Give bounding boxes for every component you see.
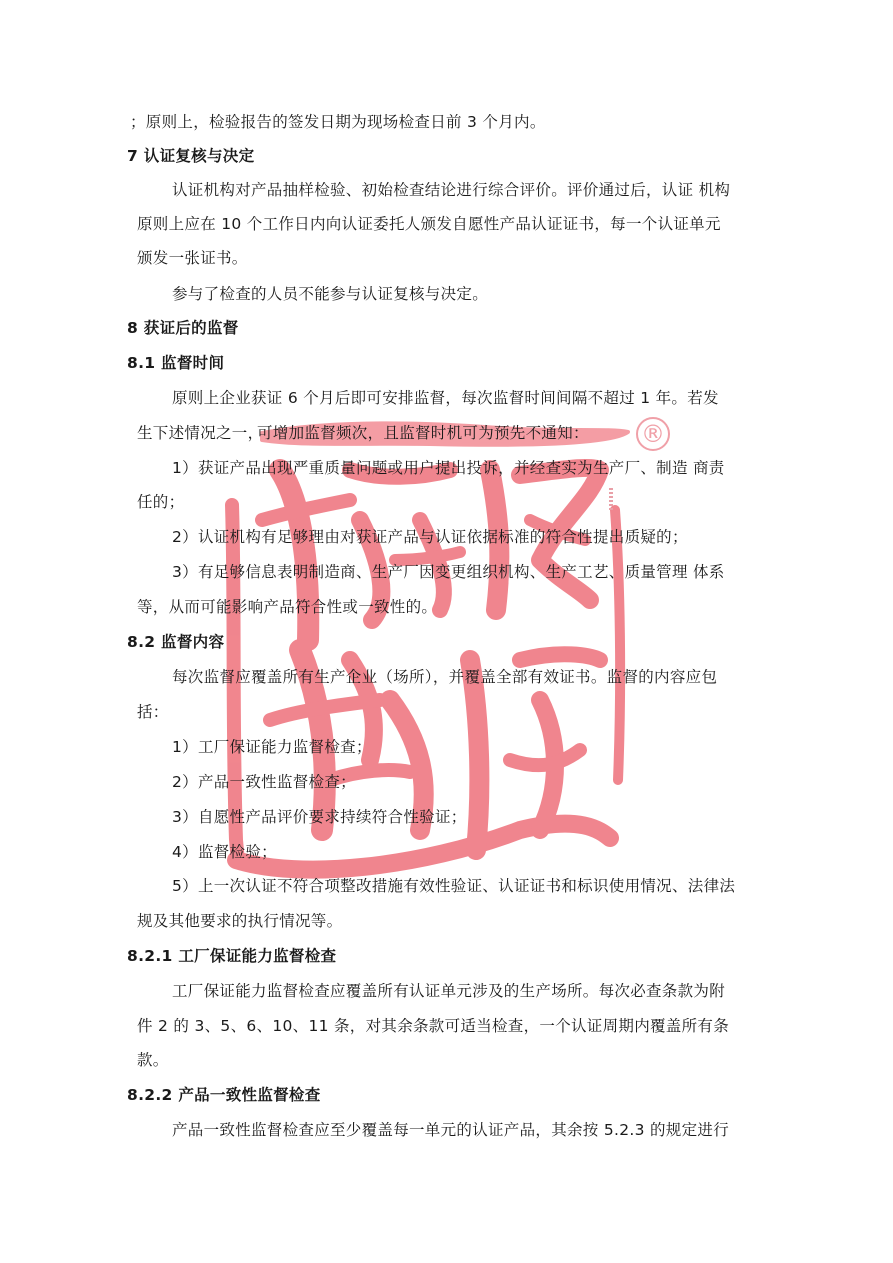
list-item: 2）认证机构有足够理由对获证产品与认证依据标准的符合性提出质疑的； [172, 527, 688, 547]
list-item: 3）自愿性产品评价要求持续符合性验证； [172, 807, 467, 827]
section-heading-8-2-1: 8.2.1 工厂保证能力监督检查 [127, 946, 336, 966]
section-heading-7: 7 认证复核与决定 [127, 146, 254, 166]
body-line: 原则上企业获证 6 个月后即可安排监督，每次监督时间间隔不超过 1 年。若发 [172, 388, 719, 408]
section-heading-8-1: 8.1 监督时间 [127, 353, 224, 373]
list-item: 1）获证产品出现严重质量问题或用户提出投诉，并经查实为生产厂、制造 商责 [172, 458, 725, 478]
section-heading-8: 8 获证后的监督 [127, 318, 239, 338]
body-line: 认证机构对产品抽样检验、初始检查结论进行综合评价。评价通过后，认证 机构 [172, 180, 730, 200]
section-heading-8-2-2: 8.2.2 产品一致性监督检查 [127, 1085, 321, 1105]
section-heading-8-2: 8.2 监督内容 [127, 632, 224, 652]
registered-trademark-icon: ® [636, 417, 670, 451]
body-line: 工厂保证能力监督检查应覆盖所有认证单元涉及的生产场所。每次必查条款为附 [172, 981, 725, 1001]
list-item: 5）上一次认证不符合项整改措施有效性验证、认证证书和标识使用情况、法律法 [172, 876, 735, 896]
body-line: 参与了检查的人员不能参与认证复核与决定。 [172, 284, 488, 304]
body-line: 每次监督应覆盖所有生产企业（场所），并覆盖全部有效证书。监督的内容应包 [172, 667, 717, 687]
body-line: 原则上应在 10 个工作日内向认证委托人颁发自愿性产品认证证书，每一个认证单元 [137, 214, 721, 234]
list-item: 2）产品一致性监督检查； [172, 772, 356, 792]
list-item: 3）有足够信息表明制造商、生产厂因变更组织机构、生产工艺、质量管理 体系 [172, 562, 725, 582]
body-line: 生下述情况之一， [137, 423, 263, 443]
highlighted-text: 可增加监督频次，且监督时机可为预先不通知： [257, 423, 589, 443]
body-line: 件 2 的 3、5、6、10、11 条，对其余条款可适当检查，一个认证周期内覆盖… [137, 1016, 729, 1036]
body-line: 任的； [137, 492, 184, 512]
list-item: 1）工厂保证能力监督检查； [172, 737, 372, 757]
document-page: ® ；原则上，检验报告的签发日期为现场检查日前 3 个月内。 7 认证复核与决定… [0, 0, 893, 1263]
body-line: ；原则上，检验报告的签发日期为现场检查日前 3 个月内。 [130, 112, 546, 132]
small-seal-icon [609, 488, 613, 510]
body-line: 产品一致性监督检查应至少覆盖每一单元的认证产品，其余按 5.2.3 的规定进行 [172, 1120, 729, 1140]
body-line: 括： [137, 702, 169, 722]
body-line: 颁发一张证书。 [137, 248, 248, 268]
body-line: 等，从而可能影响产品符合性或一致性的。 [137, 597, 437, 617]
list-item: 4）监督检验； [172, 842, 277, 862]
body-line: 款。 [137, 1050, 169, 1070]
body-line: 规及其他要求的执行情况等。 [137, 911, 342, 931]
